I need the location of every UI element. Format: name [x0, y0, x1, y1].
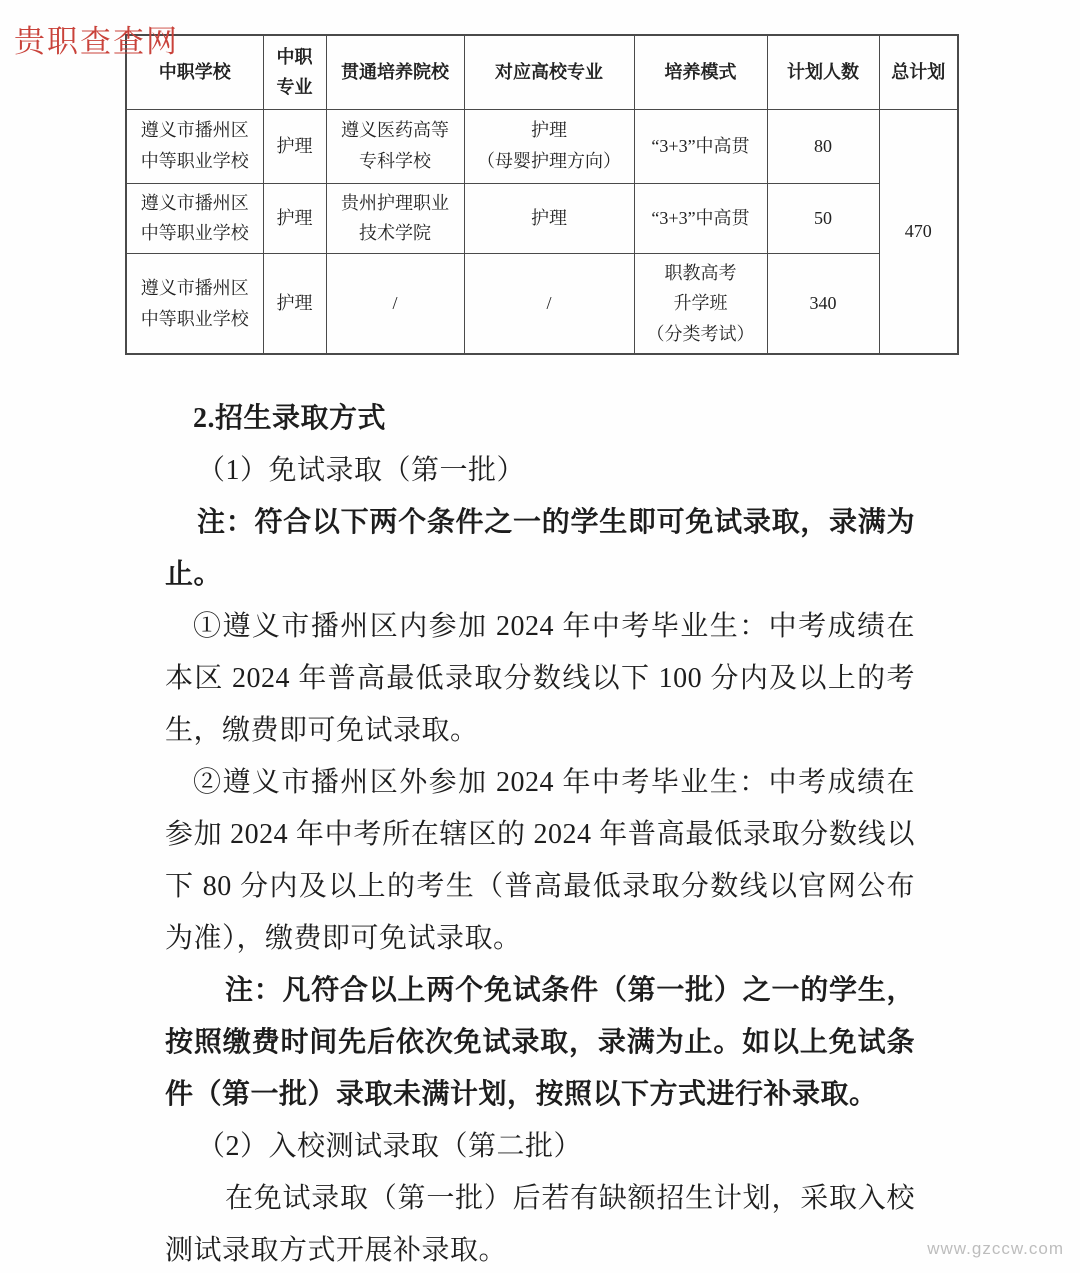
table-row: 遵义市播州区 中等职业学校 护理 遵义医药高等 专科学校 护理 （母婴护理方向）… [126, 109, 958, 183]
header-plan-count: 计划人数 [767, 35, 879, 109]
condition-1-paragraph: ①遵义市播州区内参加 2024 年中考毕业生：中考成绩在本区 2024 年普高最… [165, 601, 915, 757]
site-url-watermark: www.gzccw.com [927, 1239, 1064, 1259]
header-major: 中职 专业 [263, 35, 326, 109]
cell-plan: 80 [767, 109, 879, 183]
cell-college: 遵义医药高等 专科学校 [326, 109, 464, 183]
section-title: 2.招生录取方式 [165, 393, 915, 445]
note-paragraph: 注：符合以下两个条件之一的学生即可免试录取，录满为止。 [165, 497, 915, 601]
cell-major: 护理 [263, 109, 326, 183]
subsection-1-heading: （1）免试录取（第一批） [165, 445, 915, 497]
cell-college: 贵州护理职业 技术学院 [326, 183, 464, 253]
note-2-paragraph: 注：凡符合以上两个免试条件（第一批）之一的学生，按照缴费时间先后依次免试录取，录… [165, 965, 915, 1121]
header-mode: 培养模式 [634, 35, 767, 109]
cell-college-major: 护理 （母婴护理方向） [464, 109, 634, 183]
cell-school: 遵义市播州区 中等职业学校 [126, 183, 263, 253]
condition-2-paragraph: ②遵义市播州区外参加 2024 年中考毕业生：中考成绩在参加 2024 年中考所… [165, 757, 915, 965]
cell-mode: “3+3”中高贯 [634, 183, 767, 253]
document-body: 2.招生录取方式 （1）免试录取（第一批） 注：符合以下两个条件之一的学生即可免… [0, 338, 1080, 1273]
subsection-2-paragraph: 在免试录取（第一批）后若有缺额招生计划，采取入校测试录取方式开展补录取。 [165, 1173, 915, 1273]
cell-college-major: 护理 [464, 183, 634, 253]
subsection-2-heading: （2）入校测试录取（第二批） [165, 1121, 915, 1173]
cell-mode: “3+3”中高贯 [634, 109, 767, 183]
header-college-major: 对应高校专业 [464, 35, 634, 109]
table-header-row: 中职学校 中职 专业 贯通培养院校 对应高校专业 培养模式 计划人数 总计划 [126, 35, 958, 109]
table-row: 遵义市播州区 中等职业学校 护理 贵州护理职业 技术学院 护理 “3+3”中高贯… [126, 183, 958, 253]
header-total-plan: 总计划 [879, 35, 958, 109]
cell-major: 护理 [263, 183, 326, 253]
header-college: 贯通培养院校 [326, 35, 464, 109]
cell-school: 遵义市播州区 中等职业学校 [126, 109, 263, 183]
site-watermark: 贵职查查网 [14, 16, 179, 61]
enrollment-plan-table: 中职学校 中职 专业 贯通培养院校 对应高校专业 培养模式 计划人数 总计划 遵… [125, 34, 959, 355]
cell-plan: 50 [767, 183, 879, 253]
cell-total-plan: 470 [879, 109, 958, 354]
